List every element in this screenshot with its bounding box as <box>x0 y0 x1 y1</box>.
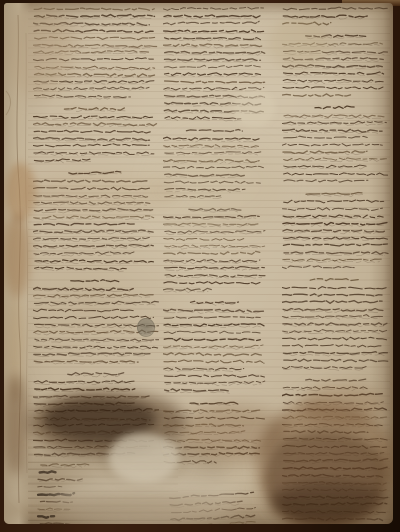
text-line <box>282 366 366 370</box>
text-line <box>34 202 150 206</box>
text-line <box>282 94 350 97</box>
text-line <box>283 402 383 406</box>
text-line <box>34 346 158 350</box>
text-line <box>33 230 153 235</box>
text-line <box>284 136 368 138</box>
text-line <box>170 491 254 498</box>
text-line <box>284 459 388 464</box>
text-line <box>35 260 155 265</box>
text-line <box>164 15 260 19</box>
text-line <box>284 199 384 203</box>
text-line <box>282 294 382 296</box>
smudged-entry-line <box>38 493 74 495</box>
text-line <box>34 215 154 220</box>
section-heading-line <box>64 107 125 112</box>
text-line <box>33 439 153 442</box>
text-line <box>284 452 384 456</box>
text-line <box>34 152 154 156</box>
handwriting-column-right <box>282 5 390 524</box>
text-line <box>33 58 153 61</box>
text-line <box>283 79 383 84</box>
text-line <box>165 381 265 386</box>
text-line <box>165 230 265 234</box>
section-heading-line <box>71 280 119 282</box>
text-line <box>163 288 211 293</box>
text-line <box>165 439 261 444</box>
section-heading-line <box>310 279 358 281</box>
text-line <box>34 223 134 226</box>
entry-line <box>38 486 62 487</box>
text-line <box>163 309 263 313</box>
text-line <box>164 266 264 271</box>
text-line <box>34 73 154 78</box>
text-line <box>35 388 135 392</box>
text-line <box>283 151 367 155</box>
text-line <box>165 245 265 249</box>
text-line <box>33 431 133 436</box>
text-line <box>163 345 263 350</box>
section-heading-line <box>68 373 124 378</box>
text-line <box>284 173 388 176</box>
text-line <box>33 44 157 49</box>
text-line <box>164 368 244 373</box>
text-line <box>284 115 384 120</box>
text-line <box>164 181 260 184</box>
text-line <box>164 417 264 420</box>
text-line <box>35 452 135 457</box>
text-line <box>163 7 263 10</box>
text-line <box>164 331 260 334</box>
text-line <box>283 416 387 420</box>
text-line <box>165 389 230 394</box>
text-line <box>164 324 264 328</box>
manuscript-page <box>4 3 393 524</box>
text-line <box>33 143 149 147</box>
text-line <box>165 51 265 55</box>
text-line <box>165 188 245 193</box>
text-line <box>163 44 263 48</box>
text-line <box>35 65 155 70</box>
text-line <box>164 374 264 377</box>
text-line <box>33 116 153 120</box>
smudged-entry-line <box>38 516 54 518</box>
slanted-note-block <box>170 491 257 524</box>
text-line <box>33 237 149 241</box>
text-line <box>163 166 263 169</box>
text-line <box>283 86 383 89</box>
text-line <box>164 238 244 241</box>
text-line <box>164 65 260 68</box>
text-line <box>283 222 387 227</box>
text-line <box>282 300 382 303</box>
text-line <box>163 452 259 457</box>
text-line <box>163 223 259 227</box>
text-line <box>163 353 263 357</box>
text-line <box>283 22 331 25</box>
text-line <box>283 308 383 312</box>
text-line <box>282 129 382 134</box>
text-line <box>33 244 153 249</box>
text-line <box>163 446 259 450</box>
text-line <box>165 81 265 84</box>
text-line <box>33 22 149 27</box>
section-heading-line <box>306 379 366 381</box>
text-line <box>283 237 387 241</box>
text-line <box>283 215 383 220</box>
text-line <box>283 329 387 334</box>
text-line <box>283 337 387 340</box>
text-line <box>164 316 260 318</box>
text-line <box>171 507 255 514</box>
text-line <box>284 72 384 76</box>
text-line <box>34 353 150 357</box>
text-line <box>165 174 245 178</box>
text-line <box>33 123 157 127</box>
text-line <box>284 180 368 183</box>
text-line <box>34 14 154 19</box>
text-line <box>282 393 382 396</box>
text-line <box>34 301 158 306</box>
text-line <box>164 360 264 363</box>
text-line <box>34 208 154 213</box>
text-line <box>35 37 155 40</box>
text-line <box>35 267 127 272</box>
text-line <box>34 29 154 32</box>
entry-line <box>40 501 72 502</box>
text-line <box>34 195 150 200</box>
text-line <box>35 338 159 342</box>
section-heading-line <box>186 129 242 132</box>
text-line <box>35 409 159 414</box>
smudged-entry-line <box>40 471 56 472</box>
text-line <box>33 180 149 183</box>
handwriting-column-left <box>33 5 159 524</box>
text-line <box>283 7 387 10</box>
entry-line <box>40 523 72 524</box>
text-line <box>164 145 260 149</box>
text-line <box>163 159 259 164</box>
text-line <box>282 408 386 413</box>
text-line <box>163 424 243 429</box>
text-line <box>284 157 388 162</box>
text-line <box>283 502 387 507</box>
text-line <box>283 243 387 246</box>
text-line <box>283 445 387 449</box>
text-line <box>33 287 133 292</box>
text-line <box>282 488 386 491</box>
text-line <box>34 95 130 100</box>
text-line <box>34 360 138 364</box>
text-line <box>284 359 388 362</box>
section-heading-line <box>69 171 122 175</box>
handwriting-column-middle <box>163 5 267 524</box>
text-line <box>284 165 368 169</box>
text-line <box>164 95 264 99</box>
text-line <box>34 380 134 385</box>
text-line <box>282 208 382 211</box>
text-line <box>33 316 153 319</box>
text-line <box>282 315 382 320</box>
text-line <box>283 352 387 357</box>
text-line <box>282 510 386 514</box>
text-line <box>165 431 245 435</box>
text-line <box>283 15 367 19</box>
text-line <box>34 423 154 427</box>
text-line <box>164 251 260 255</box>
text-line <box>171 521 255 524</box>
text-line <box>163 21 259 25</box>
text-line <box>33 294 153 299</box>
entry-line <box>38 479 83 482</box>
text-line <box>164 29 264 34</box>
text-line <box>165 195 222 199</box>
text-line <box>34 159 91 163</box>
section-heading-line <box>315 106 355 109</box>
text-line <box>33 50 149 55</box>
text-line <box>282 481 386 486</box>
text-line <box>164 338 260 341</box>
text-line <box>170 501 242 509</box>
text-line <box>33 309 133 312</box>
text-line <box>282 42 382 47</box>
text-line <box>282 265 354 268</box>
text-line <box>282 474 382 479</box>
text-line <box>164 73 260 78</box>
text-line <box>284 496 388 500</box>
text-line <box>282 65 382 70</box>
text-line <box>282 121 386 126</box>
text-line <box>164 59 260 63</box>
text-line <box>164 37 260 41</box>
text-line <box>34 417 150 422</box>
text-line <box>283 438 387 442</box>
ink-stamp <box>137 318 155 337</box>
text-line <box>34 80 154 84</box>
manuscript-photo <box>0 0 400 532</box>
text-line <box>283 323 387 327</box>
text-line <box>164 409 260 414</box>
text-line <box>283 50 387 55</box>
text-line <box>34 8 154 11</box>
text-line <box>282 423 382 428</box>
text-line <box>34 252 134 257</box>
text-line <box>284 430 368 433</box>
text-line <box>163 215 259 220</box>
text-line <box>34 446 150 450</box>
text-columns <box>4 3 393 524</box>
entry-line <box>38 508 71 511</box>
entry-line <box>41 464 89 468</box>
text-line <box>283 386 367 391</box>
text-line <box>164 281 260 284</box>
text-line <box>34 130 150 133</box>
text-line <box>282 518 382 521</box>
section-heading-line <box>189 208 241 212</box>
text-line <box>283 259 383 263</box>
text-line <box>165 152 261 156</box>
text-line <box>33 137 149 142</box>
text-line <box>284 251 388 256</box>
text-line <box>33 395 149 399</box>
text-line <box>34 402 134 406</box>
section-heading-line <box>306 35 366 39</box>
text-line <box>33 86 149 91</box>
text-line <box>163 137 259 142</box>
section-heading-line <box>190 402 239 406</box>
text-line <box>283 57 383 61</box>
text-line <box>164 259 260 264</box>
text-line <box>282 286 386 289</box>
text-line <box>33 187 149 190</box>
text-line <box>164 110 264 114</box>
text-line <box>165 116 242 121</box>
section-heading-line <box>190 301 238 305</box>
text-line <box>164 460 216 464</box>
text-line <box>164 87 264 91</box>
text-line <box>171 515 256 523</box>
text-line <box>165 102 261 107</box>
text-line <box>283 229 387 234</box>
section-heading-line <box>306 193 363 197</box>
text-line <box>282 144 382 147</box>
text-line <box>283 344 383 347</box>
text-line <box>283 467 387 471</box>
text-line <box>165 274 265 278</box>
